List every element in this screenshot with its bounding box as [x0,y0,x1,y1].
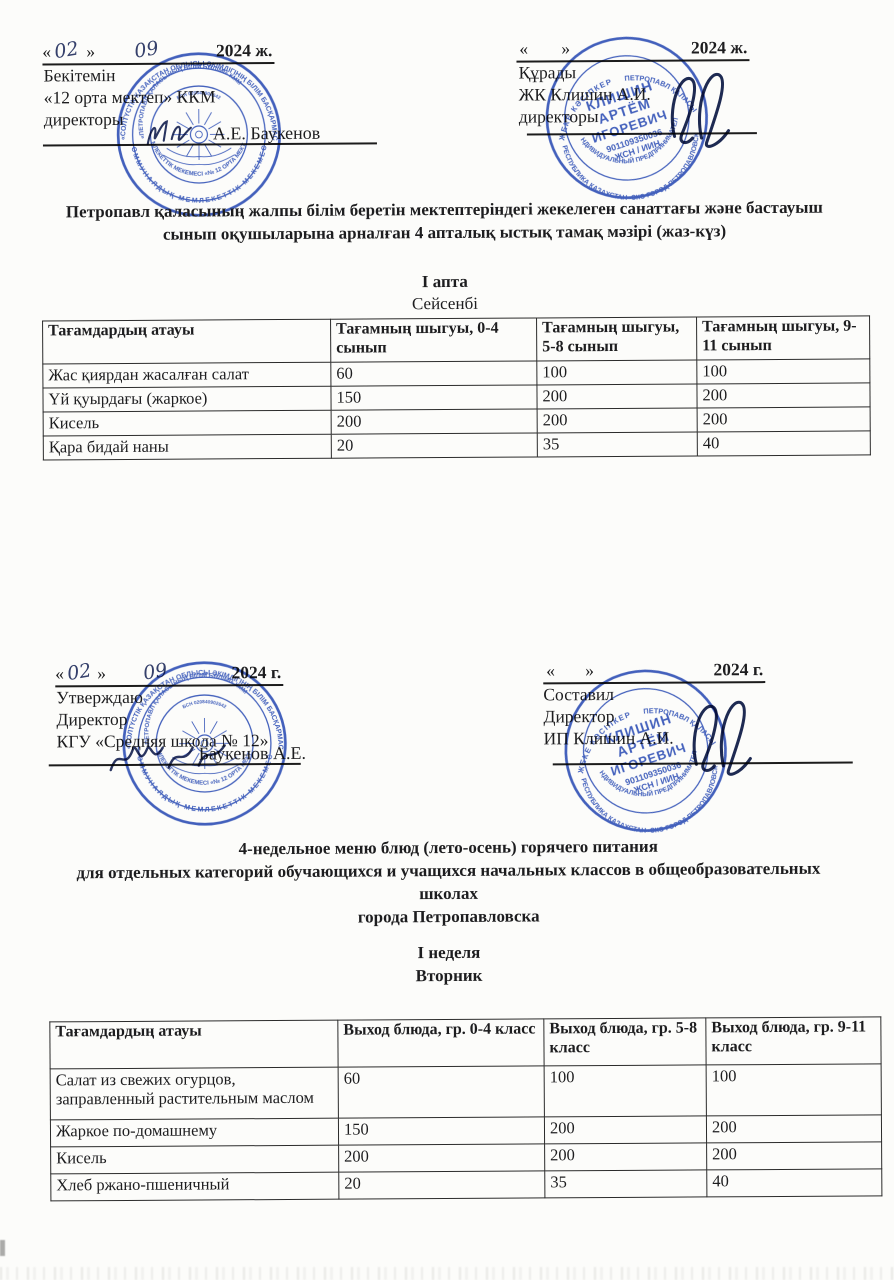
portion-value-cell: 150 [338,1117,544,1145]
quote-open: « [42,41,51,62]
header-cell-dish: Тағамдардың атауы [50,1020,338,1069]
ru-title-line1: 4-недельное меню блюд (лето-осень) горяч… [1,835,894,860]
header-cell-9-11: Тағамның шыгуы, 9-11 сынып [697,316,870,360]
kz-menu-table: Тағамдардың атауы Тағамның шыгуы, 0-4 сы… [42,315,871,460]
header-cell-9-11: Выход блюда, гр. 9-11 класс [706,1017,881,1065]
dish-name-cell: Кисель [43,410,331,436]
dish-name-cell: Жас қиярдан жасалған салат [43,362,331,388]
portion-value-cell: 200 [697,407,870,432]
portion-value-cell: 100 [706,1064,881,1116]
dish-name-cell: Хлеб ржано-пшеничный [51,1172,339,1201]
quote-close: » [86,41,95,62]
portion-value-cell: 100 [544,1065,706,1117]
dish-name-cell: Қара бидай наны [43,434,331,460]
composer-signature-stroke [648,62,765,153]
portion-value-cell: 200 [545,1143,707,1171]
portion-value-cell: 200 [697,383,870,408]
scanner-edge-noise [0,1267,894,1280]
svg-text:БСН 020840902642: БСН 020840902642 [182,699,228,710]
table-row: Қара бидай наны 20 35 40 [43,431,870,460]
dish-name-cell: Салат из свежих огурцов, заправленный ра… [50,1067,338,1120]
table-header-row: Тағамдардың атауы Тағамның шыгуы, 0-4 сы… [43,316,870,364]
header-cell-0-4: Выход блюда, гр. 0-4 класс [338,1019,544,1067]
handwritten-day: 02 [53,37,80,63]
portion-value-cell: 200 [537,408,697,433]
header-cell-0-4: Тағамның шыгуы, 0-4 сынып [331,318,537,362]
stamp-bin-text: БСН 020840902642 [176,90,222,101]
quote-open: « [55,663,64,684]
kz-weekday-label: Сейсенбі [0,291,892,316]
kz-title-line1: Петропавл қаласының жалпы білім беретін … [0,197,891,222]
scanned-document-page: « 02 » 09 2024 ж. Бекітемін «12 орта мек… [0,0,894,1280]
quote-open: « [546,660,555,681]
kz-title-line2: сынып оқушыларына арналған 4 апталық ыст… [0,220,892,245]
portion-value-cell: 200 [706,1115,881,1143]
dish-name-cell: Үй қуырдағы (жаркое) [43,386,331,412]
dish-name-cell: Кисель [51,1145,339,1174]
dish-name-cell: Жаркое по-домашнему [50,1118,338,1147]
portion-value-cell: 20 [331,433,537,458]
svg-text:БСН 020840902642: БСН 020840902642 [176,90,222,101]
header-cell-dish: Тағамдардың атауы [43,319,331,364]
header-cell-5-8: Выход блюда, гр. 5-8 класс [544,1018,706,1066]
year-label: 2024 ж. [691,37,748,58]
portion-value-cell: 150 [331,385,537,410]
ru-title-line3: школах [1,881,894,906]
portion-value-cell: 40 [697,431,870,456]
ru-title-line2: для отдельных категорий обучающихся и уч… [1,858,894,883]
approver-signature-stroke [143,113,223,151]
handwritten-day: 02 [66,659,93,685]
portion-value-cell: 200 [339,1144,545,1172]
year-label: 2024 г. [713,659,763,680]
stamp-bin-text: БСН 020840902642 [182,699,228,710]
quote-close: » [97,663,106,684]
kz-week-label: І апта [0,269,892,294]
table-row: Хлеб ржано-пшеничный 20 35 40 [51,1169,882,1201]
ru-menu-table: Тағамдардың атауы Выход блюда, гр. 0-4 к… [49,1016,882,1201]
portion-value-cell: 100 [697,359,870,384]
portion-value-cell: 200 [707,1142,882,1170]
portion-value-cell: 20 [339,1171,545,1199]
ru-title-line4: города Петропавловска [2,904,894,929]
portion-value-cell: 35 [537,432,697,457]
portion-value-cell: 60 [331,361,537,386]
ru-weekday-label: Вторник [2,963,894,988]
portion-value-cell: 35 [545,1170,707,1198]
portion-value-cell: 60 [338,1066,544,1118]
table-header-row: Тағамдардың атауы Выход блюда, гр. 0-4 к… [50,1017,881,1069]
portion-value-cell: 200 [331,409,537,434]
table-row: Салат из свежих огурцов, заправленный ра… [50,1064,881,1120]
portion-value-cell: 100 [537,360,697,385]
portion-value-cell: 200 [544,1116,706,1144]
scan-content: « 02 » 09 2024 ж. Бекітемін «12 орта мек… [0,0,894,1280]
composer-signature-stroke [676,690,781,781]
header-cell-5-8: Тағамның шыгуы, 5-8 сынып [537,317,697,361]
portion-value-cell: 200 [537,384,697,409]
approver-signature-stroke [107,737,237,778]
scan-edge-mark [0,1240,5,1256]
ru-week-label: І неделя [2,940,894,965]
portion-value-cell: 40 [707,1169,882,1197]
